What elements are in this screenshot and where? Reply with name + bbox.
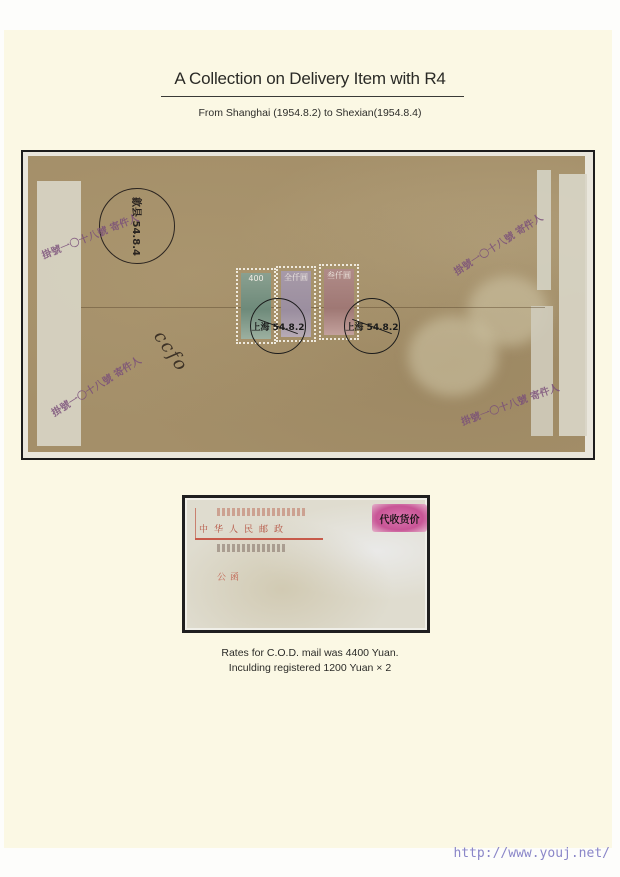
page-subtitle: From Shanghai (1954.8.2) to Shexian(1954… — [0, 107, 620, 119]
watermark-link[interactable]: http://www.youj.net/ — [453, 846, 610, 861]
small-cover-envelope: 中华人民邮政 公函 代收货价 — [187, 500, 425, 628]
cover-seal-text: 公函 — [217, 570, 243, 583]
tape-strip-right — [531, 306, 553, 436]
small-cover-frame: 中华人民邮政 公函 代收货价 — [182, 495, 430, 633]
postmark-shanghai: 上海 54.8.2 — [250, 298, 306, 354]
cod-label: 代收货价 — [372, 504, 427, 532]
printed-text-lines — [217, 544, 287, 552]
caption-line-2: Inculding registered 1200 Yuan × 2 — [0, 661, 620, 676]
stamp-denomination: 叁仟圓 — [321, 270, 357, 281]
stamp-denomination: 400 — [238, 274, 274, 283]
stain — [408, 316, 498, 396]
cover-header-text: 中华人民邮政 — [199, 522, 289, 535]
pencil-notation: ccfo — [149, 327, 192, 376]
postmark-shanghai: 上海 54.8.2 — [344, 298, 400, 354]
tape-strip-right — [537, 170, 551, 290]
tape-strip-right — [559, 174, 587, 436]
registration-handstamp: 掛號一〇十八號 寄件人 — [450, 209, 545, 278]
red-rule — [195, 538, 323, 540]
red-rule-vertical — [195, 508, 196, 538]
main-cover-envelope: 歙县 54.8.4 掛號一〇十八號 寄件人 掛號一〇十八號 寄件人 掛號一〇十八… — [28, 156, 585, 452]
title-divider — [161, 96, 464, 97]
main-cover-frame: 歙县 54.8.4 掛號一〇十八號 寄件人 掛號一〇十八號 寄件人 掛號一〇十八… — [21, 150, 595, 460]
page-title: A Collection on Delivery Item with R4 — [0, 69, 620, 89]
caption-line-1: Rates for C.O.D. mail was 4400 Yuan. — [0, 646, 620, 661]
stamp-denomination: 全仟圓 — [278, 272, 314, 283]
printed-text-lines — [217, 508, 307, 516]
